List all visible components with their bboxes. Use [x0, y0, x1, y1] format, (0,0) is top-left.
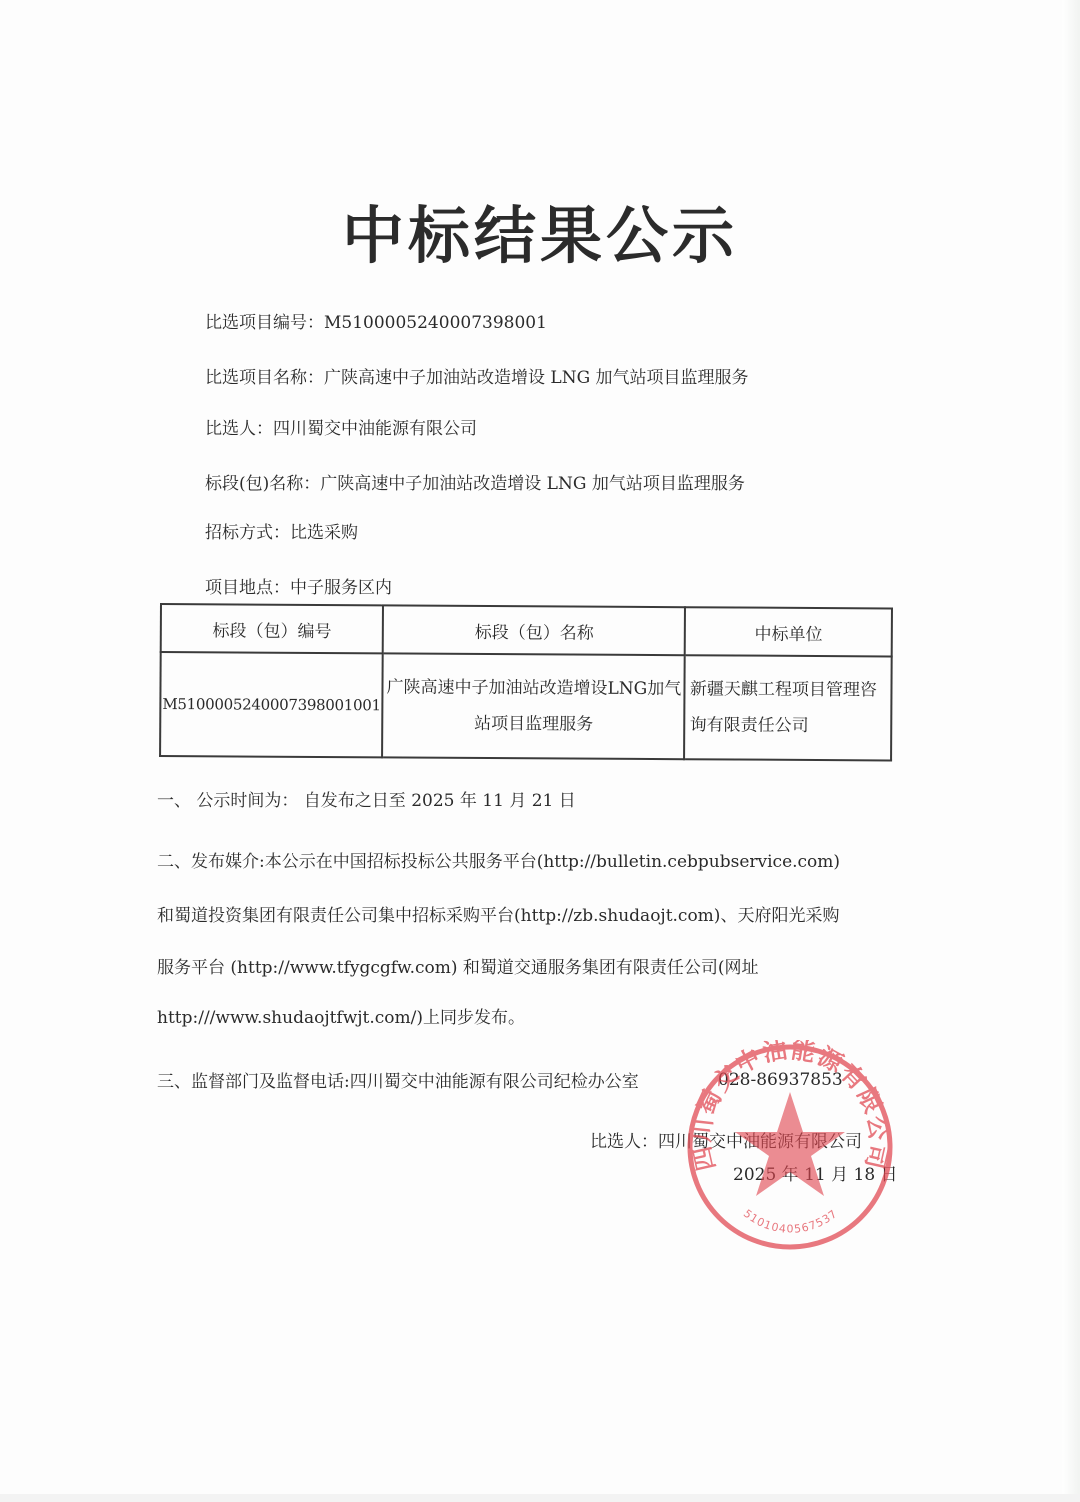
field-project-name: 比选项目名称：广陕高速中子加油站改造增设 LNG 加气站项目监理服务 [205, 366, 749, 390]
table-header-row: 标段（包）编号 标段（包）名称 中标单位 [161, 604, 892, 656]
award-table: 标段（包）编号 标段（包）名称 中标单位 M510000524000739800… [159, 603, 893, 761]
field-lot-name: 标段(包)名称：广陕高速中子加油站改造增设 LNG 加气站项目监理服务 [205, 472, 745, 496]
field-label: 标段(包)名称： [205, 474, 320, 494]
svg-text:四川蜀交中油能源有限公司: 四川蜀交中油能源有限公司 [687, 1040, 893, 1173]
field-label: 比选人： [205, 419, 273, 439]
field-value: 广陕高速中子加油站改造增设 LNG 加气站项目监理服务 [320, 474, 745, 494]
section-media-line-2: 和蜀道投资集团有限责任公司集中招标采购平台(http://zb.shudaojt… [157, 904, 839, 928]
document-page: 中标结果公示 比选项目编号：M5100005240007398001 比选项目名… [0, 0, 1080, 1502]
signature-party: 比选人：四川蜀交中油能源有限公司 [590, 1127, 862, 1152]
cell-lot-name: 广陕高速中子加油站改造增设LNG加气站项目监理服务 [382, 653, 685, 759]
field-selector: 比选人：四川蜀交中油能源有限公司 [205, 417, 477, 441]
svg-text:5101040567537: 5101040567537 [741, 1207, 840, 1236]
table-row: M5100005240007398001001 广陕高速中子加油站改造增设LNG… [160, 652, 892, 760]
field-label: 项目地点： [205, 578, 290, 598]
cell-winner: 新疆天麒工程项目管理咨询有限责任公司 [684, 655, 891, 760]
field-value: 中子服务区内 [290, 578, 392, 598]
field-label: 比选项目编号： [205, 313, 324, 333]
scan-edge-right [1062, 0, 1080, 1502]
section-publicity-period: 一、 公示时间为： 自发布之日至 2025 年 11 月 21 日 [157, 789, 576, 813]
cell-lot-code: M5100005240007398001001 [160, 652, 383, 757]
field-value: 比选采购 [290, 523, 358, 543]
field-project-location: 项目地点：中子服务区内 [205, 576, 392, 600]
section-supervision: 三、监督部门及监督电话:四川蜀交中油能源有限公司纪检办公室 [157, 1070, 639, 1094]
field-tender-method: 招标方式：比选采购 [205, 521, 358, 545]
column-header-lot-name: 标段（包）名称 [383, 605, 685, 655]
document-title: 中标结果公示 [340, 196, 740, 276]
signature-date: 2025 年 11 月 18 日 [733, 1160, 898, 1185]
field-project-number: 比选项目编号：M5100005240007398001 [205, 311, 547, 335]
field-value: 广陕高速中子加油站改造增设 LNG 加气站项目监理服务 [324, 368, 749, 388]
field-label: 比选项目名称： [205, 368, 324, 388]
column-header-lot-code: 标段（包）编号 [161, 604, 384, 653]
section-media-line-1: 二、发布媒介:本公示在中国招标投标公共服务平台(http://bulletin.… [157, 850, 840, 874]
field-value: M5100005240007398001 [324, 313, 547, 333]
section-media-line-3: 服务平台 (http://www.tfygcgfw.com) 和蜀道交通服务集团… [157, 956, 759, 980]
scan-edge-bottom [0, 1494, 1080, 1502]
field-label: 招标方式： [205, 523, 290, 543]
section-media-line-4: http:///www.shudaojtfwjt.com/)上同步发布。 [157, 1006, 525, 1030]
supervision-phone: 028-86937853 [718, 1070, 843, 1090]
field-value: 四川蜀交中油能源有限公司 [273, 419, 477, 439]
column-header-winner: 中标单位 [685, 607, 892, 656]
